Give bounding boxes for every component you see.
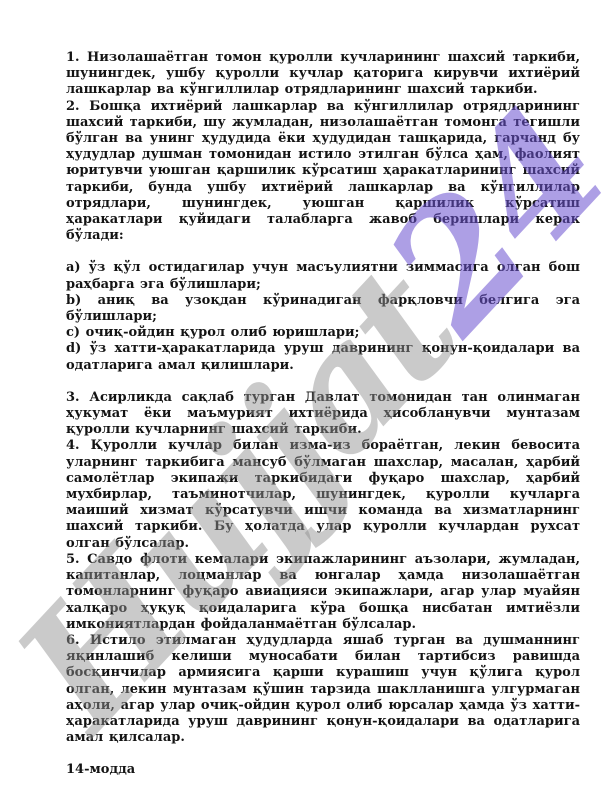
list-item-c: c) очиқ-ойдин қурол олиб юришлари; (66, 325, 580, 341)
list-item-a: a) ўз қўл остидагилар учун масъулиятни з… (66, 260, 580, 292)
paragraph-1: 1. Низолашаётган томон қуролли кучларини… (66, 50, 580, 99)
document-body: 1. Низолашаётган томон қуролли кучларини… (66, 50, 580, 779)
paragraph-5: 5. Савдо флоти кемалари экипажларининг а… (66, 552, 580, 633)
document-page: Hujjat24 1. Низолашаётган томон қуролли … (0, 0, 612, 792)
paragraph-4: 4. Қуролли кучлар билан изма-из бораётга… (66, 438, 580, 551)
paragraph-2: 2. Бошқа ихтиёрий лашкарлар ва кўнгиллил… (66, 99, 580, 245)
article-heading: 14-модда (66, 762, 580, 778)
list-item-d: d) ўз хатти-ҳаракатларида уруш даврининг… (66, 341, 580, 373)
paragraph-3: 3. Асирликда сақлаб турган Давлат томони… (66, 390, 580, 439)
list-item-b: b) аниқ ва узоқдан кўринадиган фарқловчи… (66, 293, 580, 325)
paragraph-6: 6. Истило этилмаган ҳудудларда яшаб тург… (66, 633, 580, 746)
